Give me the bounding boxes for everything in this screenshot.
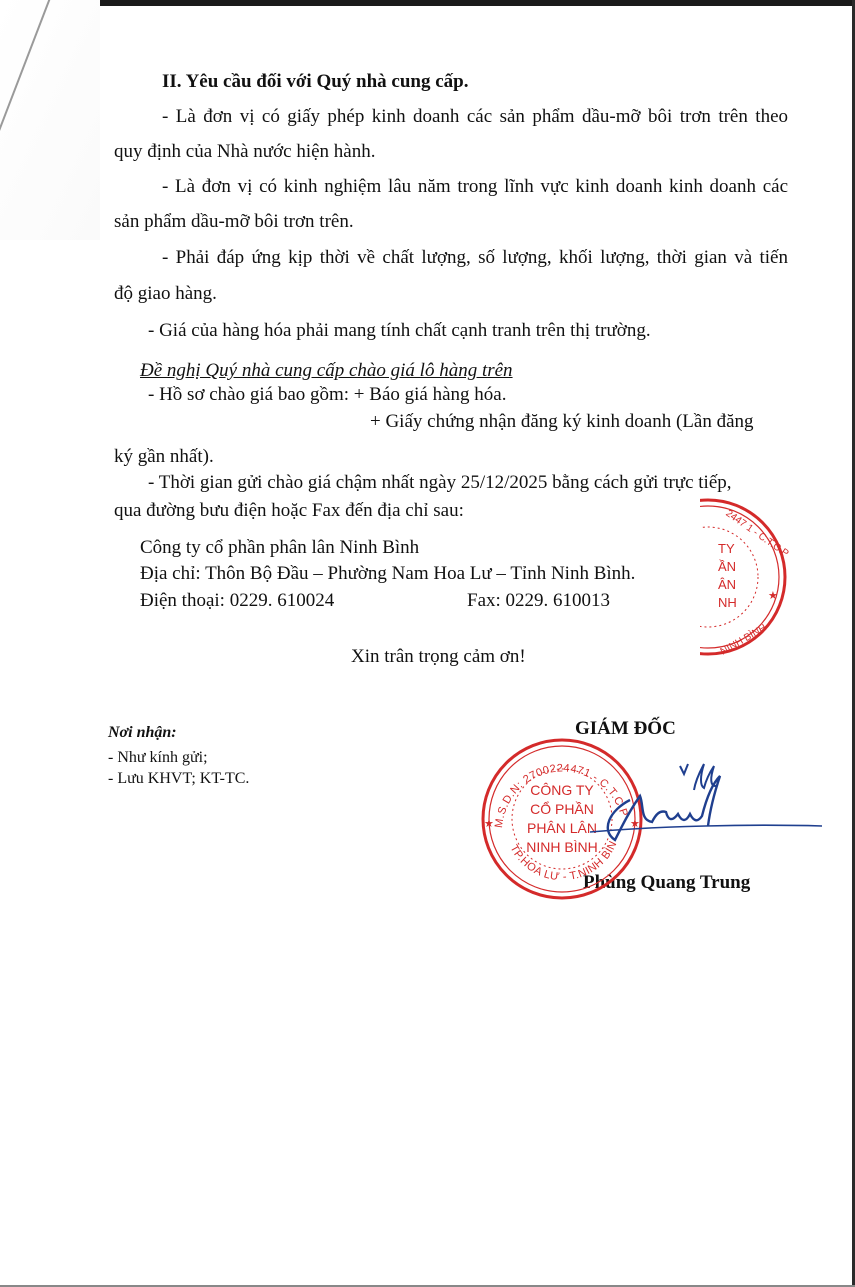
contact-company: Công ty cổ phần phân lân Ninh Bình [140,537,419,559]
stamp-star-icon: ★ [484,818,494,830]
partial-stamp-bottom-text: NINH BÌNH [718,621,769,658]
deadline-line-1: - Thời gian gửi chào giá chậm nhất ngày … [148,472,732,494]
partial-company-stamp: TY ẦN ÂN NH 2447 1 - C.T.C.P NINH BÌNH ★ [700,495,855,660]
proposal-title: Đề nghị Quý nhà cung cấp chào giá lô hàn… [140,360,513,382]
deadline-line-2: qua đường bưu điện hoặc Fax đến địa chỉ … [114,500,464,522]
requirement-1-line-1: - Là đơn vị có giấy phép kinh doanh các … [162,106,788,127]
requirement-3-cont: độ giao hàng. [114,283,217,305]
dossier-line: - Hồ sơ chào giá bao gồm: + Báo giá hàng… [148,384,506,406]
contact-phone: Điện thoại: 0229. 610024 [140,590,334,612]
requirement-1: - Là đơn vị có giấy phép kinh doanh các … [114,106,788,128]
closing-text: Xin trân trọng cảm ơn! [351,646,526,668]
requirement-3-line-1: - Phải đáp ứng kịp thời về chất lượng, s… [162,247,788,268]
requirement-2-line-1: - Là đơn vị có kinh nghiệm lâu năm trong… [162,176,788,197]
dossier-item-2: + Giấy chứng nhận đăng ký kinh doanh (Lầ… [370,411,754,433]
scan-top-edge [95,0,855,6]
partial-stamp-line: TY [718,541,735,556]
signature-mark [560,770,830,865]
recipients-title: Nơi nhận: [108,722,177,744]
recipient-item: - Như kính gửi; [108,747,208,769]
partial-stamp-line: NH [718,595,737,610]
partial-stamp-line: ÂN [718,577,736,592]
contact-address: Địa chỉ: Thôn Bộ Đầu – Phường Nam Hoa Lư… [140,563,635,585]
contact-fax: Fax: 0229. 610013 [467,590,610,612]
fold-line [0,0,54,233]
stamp-star-icon: ★ [768,590,778,602]
page-fold [0,0,100,240]
requirement-1-cont: quy định của Nhà nước hiện hành. [114,141,375,163]
requirement-2-cont: sản phẩm dầu-mỡ bôi trơn trên. [114,211,354,233]
requirement-2: - Là đơn vị có kinh nghiệm lâu năm trong… [114,176,788,198]
dossier-item-2-cont: ký gần nhất). [114,446,214,468]
section-heading: II. Yêu cầu đối với Quý nhà cung cấp. [162,71,469,93]
partial-stamp-line: ẦN [718,559,736,574]
recipient-item: - Lưu KHVT; KT-TC. [108,768,249,790]
requirement-4: - Giá của hàng hóa phải mang tính chất c… [148,320,651,342]
requirement-3: - Phải đáp ứng kịp thời về chất lượng, s… [114,247,788,269]
